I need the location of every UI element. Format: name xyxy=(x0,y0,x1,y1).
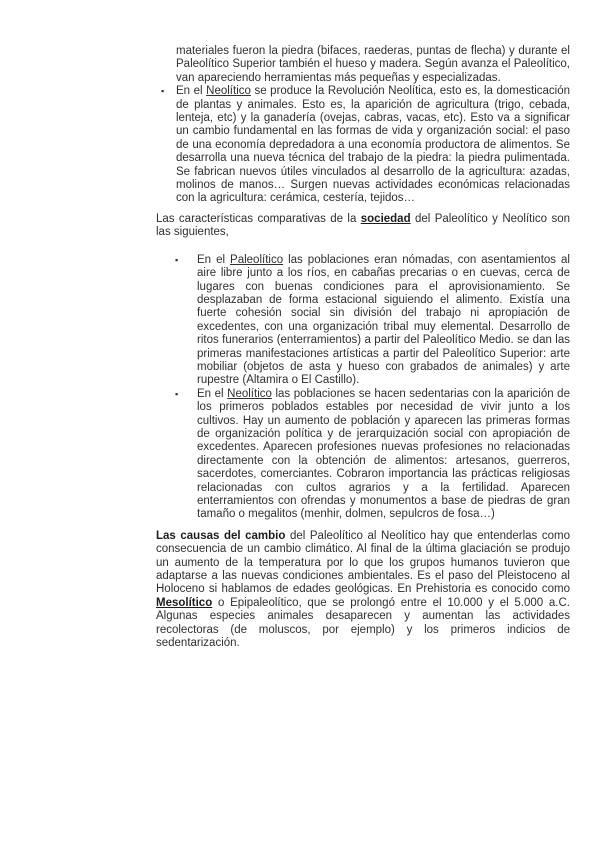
text-run: sociedad xyxy=(361,213,411,225)
bullet-square-icon: ▪ xyxy=(175,254,178,267)
document-body: materiales fueron la piedra (bifaces, ra… xyxy=(0,0,599,650)
bullet-list-item: ▪En el Neolítico las poblaciones se hace… xyxy=(197,388,570,522)
text-run: se produce la Revolución Neolítica, esto… xyxy=(176,85,570,204)
text-run: Paleolítico xyxy=(230,254,283,266)
text-run: En el xyxy=(197,254,230,266)
text-run: Neolítico xyxy=(206,85,251,97)
text-run: las poblaciones eran nómadas, con asenta… xyxy=(197,254,570,387)
text-run: En el xyxy=(176,85,206,97)
list-continuation-paragraph: materiales fueron la piedra (bifaces, ra… xyxy=(176,45,570,85)
text-run: Las características comparativas de la xyxy=(156,213,361,225)
text-run: En el xyxy=(197,388,227,400)
text-run: Mesolítico xyxy=(156,597,212,609)
text-run: Las causas del cambio xyxy=(156,530,285,542)
bullet-list-item: ▪En el Neolítico se produce la Revolució… xyxy=(176,85,570,206)
text-run: materiales fueron la piedra (bifaces, ra… xyxy=(176,45,570,84)
paragraph: Las causas del cambio del Paleolítico al… xyxy=(156,530,570,651)
bullet-square-icon: ▪ xyxy=(175,388,178,401)
document-page: materiales fueron la piedra (bifaces, ra… xyxy=(0,0,599,848)
bullet-square-icon: ▪ xyxy=(161,85,164,98)
text-run: Neolítico xyxy=(227,388,272,400)
text-run: las poblaciones se hacen sedentarias con… xyxy=(197,388,570,521)
text-run: o Epipaleolítico, que se prolongó entre … xyxy=(156,597,570,649)
paragraph: Las características comparativas de la s… xyxy=(156,213,570,240)
bullet-list-item: ▪En el Paleolítico las poblaciones eran … xyxy=(197,254,570,388)
